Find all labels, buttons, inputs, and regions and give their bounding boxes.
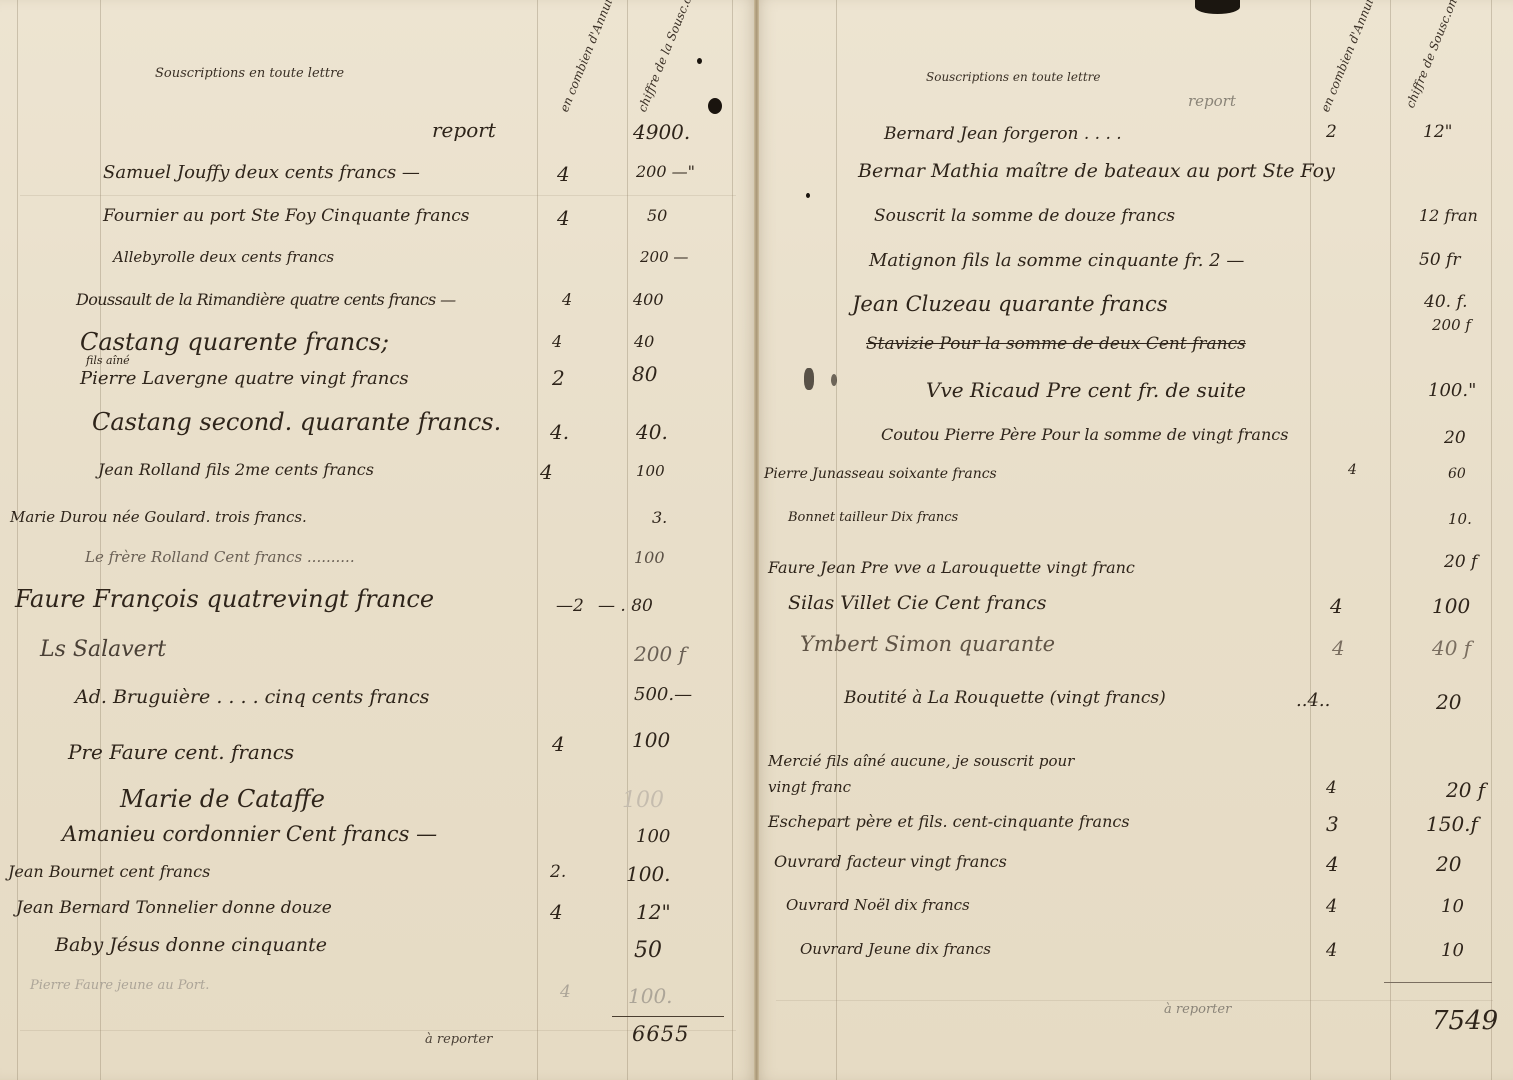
entry-annuities: 4 bbox=[552, 732, 565, 756]
entry-amount: 20 bbox=[1436, 690, 1461, 714]
entry-amount: 200 —" bbox=[636, 162, 695, 181]
entry-text-faded: Marie de Cataffe bbox=[120, 785, 325, 813]
entry-text: Ymbert Simon quarante bbox=[800, 632, 1055, 656]
entry-amount: 20 bbox=[1444, 428, 1466, 448]
entry-amount: 100 bbox=[632, 728, 670, 752]
entry-amount: 200 f bbox=[634, 642, 686, 666]
entry-amount-faded: 100 bbox=[622, 788, 664, 813]
ink-blot bbox=[708, 98, 722, 114]
right-header-title: Souscriptions en toute lettre bbox=[926, 70, 1100, 84]
right-header-amount: chiffre de Sousc.on bbox=[1403, 0, 1460, 110]
entry-text: Fournier au port Ste Foy Cinquante franc… bbox=[103, 206, 470, 226]
entry-amount: 10 bbox=[1441, 940, 1464, 961]
entry-text: Ouvrard facteur vingt francs bbox=[774, 852, 1007, 871]
entry-text: Jean Cluzeau quarante francs bbox=[852, 292, 1168, 316]
entry-text: Castang quarente francs; bbox=[80, 328, 389, 356]
entry-amount: 12" bbox=[636, 900, 671, 924]
entry-amount: 200 f bbox=[1432, 316, 1471, 334]
entry-text: Bonnet tailleur Dix francs bbox=[788, 510, 958, 525]
entry-text: Silas Villet Cie Cent francs bbox=[788, 592, 1047, 614]
entry-text: Le frère Rolland Cent francs .......... bbox=[85, 548, 355, 566]
entry-annuities-faded: 4 bbox=[560, 982, 571, 1002]
entry-amount: 20 bbox=[1436, 852, 1461, 876]
entry-text: Baby Jésus donne cinquante bbox=[55, 934, 327, 956]
entry-annuities: 4 bbox=[1332, 636, 1345, 660]
entry-annuities: 2 bbox=[1326, 122, 1337, 142]
book-gutter bbox=[754, 0, 759, 1080]
entry-annuities: 4 bbox=[557, 162, 570, 186]
entry-annuities: 4 bbox=[1326, 778, 1337, 798]
entry-text: Mercié fils aîné aucune, je souscrit pou… bbox=[768, 748, 1108, 800]
right-report-label: report bbox=[1188, 92, 1236, 110]
right-footer-total: 7549 bbox=[1432, 1006, 1498, 1036]
entry-text: Ad. Bruguière . . . . cinq cents francs bbox=[75, 686, 429, 708]
entry-amount: 12" bbox=[1423, 122, 1452, 142]
entry-annuities: 4 bbox=[540, 460, 553, 484]
entry-amount: 100 bbox=[1432, 594, 1470, 618]
entry-text: Castang second. quarante francs. bbox=[92, 408, 501, 436]
right-header-annuities: en combien d'Annuités bbox=[1318, 0, 1383, 114]
entry-amount: 150.f bbox=[1426, 812, 1478, 836]
entry-annuities: 2. bbox=[550, 862, 566, 882]
entry-amount: 500.— bbox=[634, 684, 692, 705]
entry-amount-faded: 100. bbox=[628, 984, 673, 1008]
entry-annuities: 4 bbox=[1326, 940, 1337, 961]
entry-text: Pierre Junasseau soixante francs bbox=[764, 466, 997, 482]
left-report-amount: 4900. bbox=[633, 120, 690, 144]
entry-annuities: 4 bbox=[1326, 852, 1339, 876]
entry-text: Vve Ricaud Pre cent fr. de suite bbox=[926, 378, 1246, 402]
left-header-title: Souscriptions en toute lettre bbox=[155, 66, 344, 81]
entry-annuities: 4 bbox=[1348, 462, 1357, 478]
entry-text: Ls Salavert bbox=[40, 637, 166, 662]
entry-amount: 200 — bbox=[640, 248, 688, 266]
entry-text: Souscrit la somme de douze francs bbox=[874, 206, 1175, 226]
entry-amount: 10 bbox=[1441, 896, 1464, 917]
total-rule bbox=[1384, 982, 1492, 983]
entry-amount: 80 bbox=[632, 362, 657, 386]
entry-annuities: 2 bbox=[552, 366, 565, 390]
entry-amount: 100." bbox=[1428, 380, 1476, 401]
entry-annuities: ..4.. bbox=[1296, 690, 1330, 711]
entry-text: Boutité à La Rouquette (vingt francs) bbox=[844, 688, 1166, 708]
entry-amount: 40 bbox=[634, 332, 654, 351]
entry-annuities: 4 bbox=[1330, 594, 1343, 618]
entry-text: Allebyrolle deux cents francs bbox=[113, 248, 334, 266]
ink-spot bbox=[697, 58, 702, 64]
entry-amount: 50 bbox=[634, 938, 662, 963]
entry-annuities: 4. bbox=[550, 420, 569, 444]
entry-text: Jean Bournet cent francs bbox=[8, 862, 210, 881]
entry-text: Pre Faure cent. francs bbox=[68, 740, 294, 764]
entry-text: Marie Durou née Goulard. trois francs. bbox=[10, 508, 307, 526]
entry-text: Ouvrard Noël dix francs bbox=[786, 896, 970, 914]
torn-edge bbox=[1195, 0, 1240, 14]
entry-text-faded: Pierre Faure jeune au Port. bbox=[30, 978, 209, 993]
entry-amount: 40 f bbox=[1432, 636, 1471, 660]
entry-amount: 100 bbox=[636, 462, 665, 480]
entry-text: Bernar Mathia maître de bateaux au port … bbox=[858, 160, 1335, 182]
entry-amount: — . 80 bbox=[598, 596, 653, 616]
entry-text: Amanieu cordonnier Cent francs — bbox=[62, 822, 437, 846]
entry-text: Pierre Lavergne quatre vingt francs bbox=[80, 368, 409, 389]
left-page: Souscriptions en toute lettre en combien… bbox=[0, 0, 756, 1080]
entry-amount: 40. bbox=[636, 420, 668, 444]
left-footer-label: à reporter bbox=[425, 1032, 492, 1047]
entry-text: Coutou Pierre Père Pour la somme de ving… bbox=[881, 425, 1288, 444]
entry-text: Samuel Jouffy deux cents francs — bbox=[103, 162, 420, 183]
entry-amount: 400 bbox=[633, 290, 664, 309]
entry-amount: 100 bbox=[634, 548, 665, 567]
total-rule bbox=[612, 1016, 724, 1017]
entry-amount: 20 f bbox=[1446, 778, 1485, 802]
ink-mark bbox=[831, 374, 837, 386]
entry-text: Ouvrard Jeune dix francs bbox=[800, 940, 991, 958]
entry-annuities: 4 bbox=[557, 206, 570, 230]
right-footer-label: à reporter bbox=[1164, 1002, 1231, 1017]
entry-text: Jean Rolland fils 2me cents francs bbox=[98, 460, 374, 479]
left-header-amount: chiffre de la Sousc.on bbox=[635, 0, 697, 114]
entry-amount: 12 fran bbox=[1419, 206, 1478, 225]
ink-spot bbox=[806, 193, 810, 198]
entry-text: Faure François quatrevingt france bbox=[15, 585, 434, 613]
entry-annuities: 3 bbox=[1326, 812, 1339, 836]
entry-text: Faure Jean Pre vve a Larouquette vingt f… bbox=[768, 558, 1135, 577]
entry-text: Eschepart père et fils. cent-cinquante f… bbox=[768, 812, 1130, 831]
entry-text: Bernard Jean forgeron . . . . bbox=[884, 124, 1122, 144]
left-footer-total: 6655 bbox=[632, 1022, 689, 1046]
entry-amount: 100. bbox=[626, 862, 671, 886]
entry-amount: 100 bbox=[636, 826, 670, 847]
entry-amount: 3. bbox=[652, 508, 667, 527]
ledger-spread: Souscriptions en toute lettre en combien… bbox=[0, 0, 1513, 1080]
entry-note: fils aîné bbox=[86, 354, 130, 367]
left-report-label: report bbox=[432, 118, 496, 142]
entry-amount: 60 bbox=[1448, 466, 1466, 482]
entry-amount: 40. f. bbox=[1424, 292, 1468, 312]
entry-annuities: 4 bbox=[550, 900, 563, 924]
entry-amount: 20 f bbox=[1444, 552, 1477, 572]
entry-text: Doussault de la Rimandière quatre cents … bbox=[76, 290, 455, 309]
entry-text: Matignon fils la somme cinquante fr. 2 — bbox=[869, 250, 1244, 271]
entry-text-struck: Stavizie Pour la somme de deux Cent fran… bbox=[866, 334, 1246, 354]
entry-amount: 10. bbox=[1448, 510, 1472, 528]
entry-annuities: 4 bbox=[562, 290, 572, 309]
entry-annuities: 4 bbox=[1326, 896, 1337, 917]
entry-annuities: —2 bbox=[556, 596, 584, 616]
entry-amount: 50 fr bbox=[1419, 250, 1460, 270]
ink-mark bbox=[804, 368, 814, 390]
entry-text: Jean Bernard Tonnelier donne douze bbox=[16, 898, 332, 918]
left-header-annuities: en combien d'Annuités ? bbox=[557, 0, 626, 114]
entry-amount: 50 bbox=[647, 206, 667, 225]
entry-annuities: 4 bbox=[552, 332, 562, 351]
right-page: Souscriptions en toute lettre en combien… bbox=[756, 0, 1513, 1080]
